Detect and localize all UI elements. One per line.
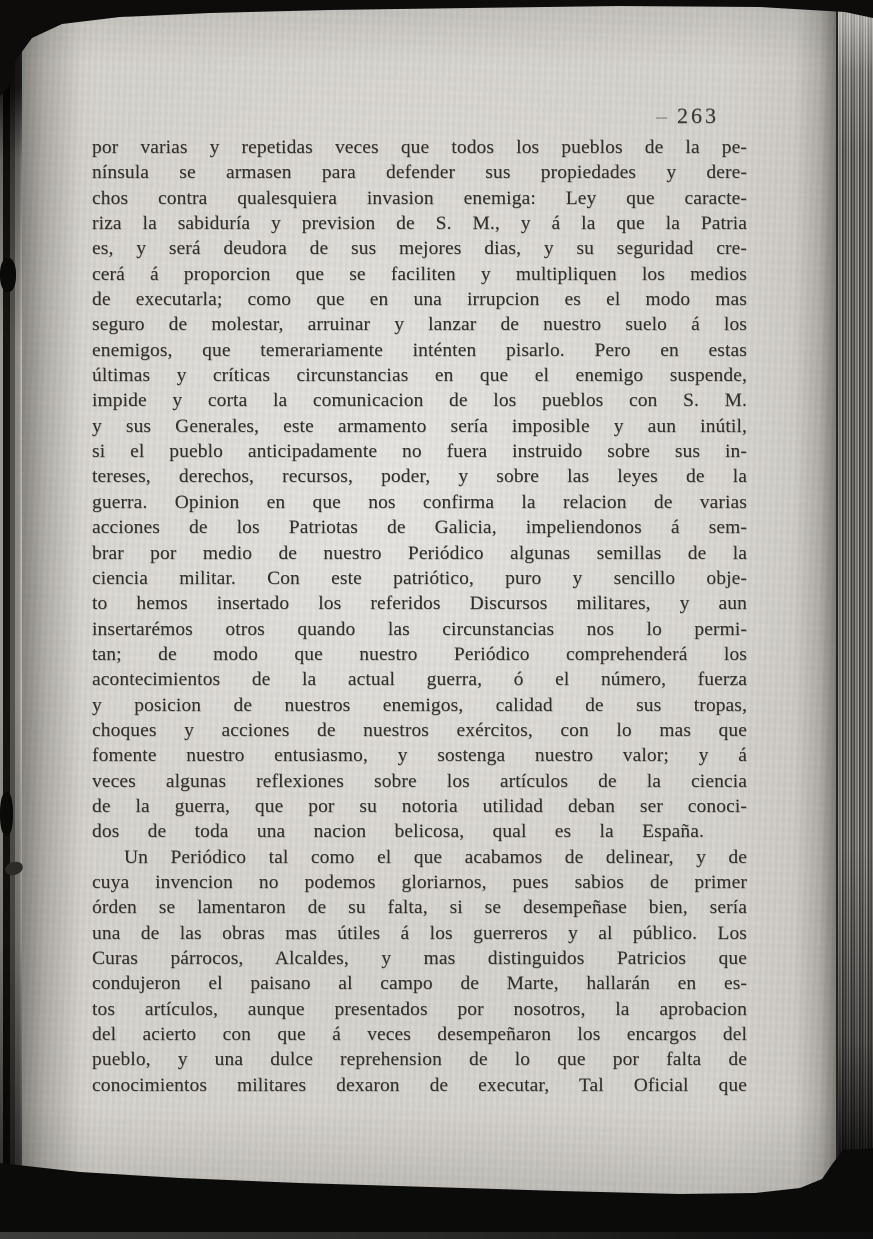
text-line: acciones de los Patriotas de Galicia, im… [92,515,747,540]
text-line: pueblo, y una dulce reprehension de lo q… [92,1047,747,1072]
text-line: cuya invencion no podemos gloriarnos, pu… [92,870,747,895]
book-scan: –263 por varias y repetidas veces que to… [0,0,873,1239]
scan-table-strip [0,1232,873,1239]
text-line: guerra. Opinion en que nos confirma la r… [92,490,747,515]
text-line: por varias y repetidas veces que todos l… [92,135,747,160]
text-line: órden se lamentaron de su falta, si se d… [92,895,747,920]
text-line: insertarémos otros quando las circunstan… [92,617,747,642]
gutter-shadow [22,0,80,1239]
text-line: fomente nuestro entusiasmo, y sostenga n… [92,743,747,768]
text-line: riza la sabiduría y prevision de S. M., … [92,211,747,236]
binding-mark [0,792,13,836]
binding-edge [0,0,22,1239]
text-line: del acierto con que á veces desempeñaron… [92,1022,747,1047]
text-line-paragraph-start: Un Periódico tal como el que acabamos de… [92,845,747,870]
text-line: ciencia militar. Con este patriótico, pu… [92,566,747,591]
text-line: acontecimientos de la actual guerra, ó e… [92,667,747,692]
text-line: tan; de modo que nuestro Periódico compr… [92,642,747,667]
page-number-dash: – [656,103,667,128]
text-line: Curas párrocos, Alcaldes, y mas distingu… [92,946,747,971]
page-text: por varias y repetidas veces que todos l… [92,135,747,1098]
text-line: brar por medio de nuestro Periódico algu… [92,541,747,566]
text-line: conocimientos militares dexaron de execu… [92,1073,747,1098]
page-curl-shadow [794,0,836,1239]
text-line: condujeron el paisano al campo de Marte,… [92,971,747,996]
text-line: es, y será deudora de sus mejores dias, … [92,236,747,261]
page-number-value: 263 [677,103,719,128]
text-line: una de las obras mas útiles á los guerre… [92,921,747,946]
text-line: y posicion de nuestros enemigos, calidad… [92,693,747,718]
text-line: y sus Generales, este armamento sería im… [92,414,747,439]
text-line: impide y corta la comunicacion de los pu… [92,388,747,413]
text-line: dos de toda una nacion belicosa, qual es… [92,819,704,844]
text-line: cerá á proporcion que se faciliten y mul… [92,262,747,287]
book-fore-edge [836,0,873,1239]
page-number: –263 [656,103,719,129]
text-line: últimas y críticas circunstancias en que… [92,363,747,388]
text-line: de executarla; como que en una irrupcion… [92,287,747,312]
text-line: chos contra qualesquiera invasion enemig… [92,186,747,211]
text-line: si el pueblo anticipadamente no fuera in… [92,439,747,464]
text-line: to hemos insertado los referidos Discurs… [92,591,747,616]
text-line: veces algunas reflexiones sobre los artí… [92,769,747,794]
text-line: seguro de molestar, arruinar y lanzar de… [92,312,747,337]
text-line: tos artículos, aunque presentados por no… [92,997,747,1022]
text-line: de la guerra, que por su notoria utilida… [92,794,747,819]
text-line: enemigos, que temerariamente inténten pi… [92,338,747,363]
text-line: tereses, derechos, recursos, poder, y so… [92,464,747,489]
text-line: nínsula se armasen para defender sus pro… [92,160,747,185]
text-line: choques y acciones de nuestros exércitos… [92,718,747,743]
binding-mark [0,258,16,292]
